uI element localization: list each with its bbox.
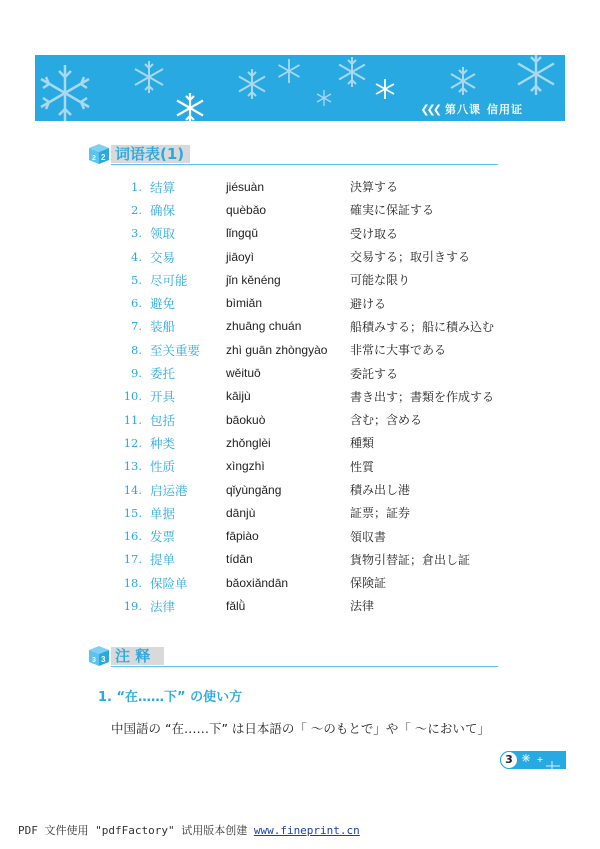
pinyin: zhǒnglèi — [226, 436, 350, 450]
lesson-label: ❮❮❮ 第八课 信用证 — [420, 101, 523, 117]
chinese-word: 避免 — [142, 294, 226, 312]
item-number: 5. — [112, 273, 142, 287]
vocab-item: 16.发票fāpiào領収書 — [112, 524, 512, 547]
chapter-header-band: ❮❮❮ 第八课 信用证 — [35, 55, 565, 121]
vocab-item: 17.提单tídān貨物引替証；倉出し証 — [112, 548, 512, 571]
chinese-word: 交易 — [142, 248, 226, 266]
vocab-item: 10.开具kāijù書き出す；書類を作成する — [112, 385, 512, 408]
pinyin: zhuāng chuán — [226, 319, 350, 333]
chinese-word: 种类 — [142, 434, 226, 452]
snowflake-icon — [373, 77, 397, 101]
item-number: 7. — [112, 319, 142, 333]
japanese-meaning: 非常に大事である — [350, 341, 446, 358]
pinyin: jiésuàn — [226, 180, 350, 194]
japanese-meaning: 書き出す；書類を作成する — [350, 388, 494, 405]
watermark-text: PDF 文件使用 "pdfFactory" 试用版本创建 — [18, 824, 254, 837]
japanese-meaning: 領収書 — [350, 528, 386, 545]
pinyin: bāokuò — [226, 413, 350, 427]
item-number: 3. — [112, 226, 142, 240]
chinese-word: 性质 — [142, 457, 226, 475]
japanese-meaning: 船積みする；船に積み込む — [350, 318, 494, 335]
pinyin: jǐn kěnéng — [226, 273, 350, 287]
japanese-meaning: 種類 — [350, 434, 374, 451]
svg-text:2: 2 — [92, 155, 96, 162]
section-divider — [111, 666, 498, 667]
japanese-meaning: 受け取る — [350, 225, 398, 242]
pinyin: qǐyùngǎng — [226, 483, 350, 497]
item-number: 16. — [112, 529, 142, 543]
item-number: 17. — [112, 552, 142, 566]
snowflake-icon — [35, 63, 95, 121]
page-number-tab: 3 — [500, 751, 566, 769]
item-number: 4. — [112, 250, 142, 264]
japanese-meaning: 証票；証券 — [350, 504, 410, 521]
snowflake-icon — [173, 91, 207, 121]
chinese-word: 装船 — [142, 317, 226, 335]
vocab-item: 2.确保quèbǎo確実に保証する — [112, 198, 512, 221]
vocab-item: 6.避免bìmiǎn避ける — [112, 291, 512, 314]
pinyin: tídān — [226, 552, 350, 566]
chinese-word: 领取 — [142, 224, 226, 242]
pinyin: dānjù — [226, 506, 350, 520]
cube-badge-icon: 2 2 — [88, 143, 110, 165]
fineprint-link[interactable]: www.fineprint.cn — [254, 824, 360, 837]
japanese-meaning: 性質 — [350, 458, 374, 475]
item-number: 12. — [112, 436, 142, 450]
pinyin: lǐngqǔ — [226, 226, 350, 240]
snowflake-icon — [131, 59, 167, 95]
vocab-item: 7.装船zhuāng chuán船積みする；船に積み込む — [112, 315, 512, 338]
cube-badge-icon: 3 3 — [88, 645, 110, 667]
item-number: 18. — [112, 576, 142, 590]
chinese-word: 包括 — [142, 411, 226, 429]
vocab-section-heading: 2 2 词语表(1) — [88, 143, 498, 165]
chinese-word: 结算 — [142, 178, 226, 196]
chinese-word: 确保 — [142, 201, 226, 219]
japanese-meaning: 法律 — [350, 597, 374, 614]
lesson-title: 信用证 — [487, 101, 523, 117]
japanese-meaning: 可能な限り — [350, 271, 410, 288]
pinyin: wěituō — [226, 366, 350, 380]
item-number: 15. — [112, 506, 142, 520]
svg-text:2: 2 — [101, 153, 106, 162]
item-number: 8. — [112, 343, 142, 357]
svg-text:3: 3 — [92, 657, 96, 664]
pinyin: xìngzhì — [226, 459, 350, 473]
japanese-meaning: 含む；含める — [350, 411, 422, 428]
chinese-word: 保险单 — [142, 574, 226, 592]
snowflake-icon — [275, 57, 303, 85]
snowflake-icon — [335, 55, 369, 89]
chinese-word: 单据 — [142, 504, 226, 522]
note-heading: 1. “在……下” の使い方 — [98, 686, 242, 705]
pinyin: fǎlǜ — [226, 599, 350, 613]
chinese-word: 法律 — [142, 597, 226, 615]
japanese-meaning: 確実に保証する — [350, 201, 434, 218]
pinyin: fāpiào — [226, 529, 350, 543]
pinyin: bǎoxiǎndān — [226, 576, 350, 590]
vocab-item: 18.保险单bǎoxiǎndān保険証 — [112, 571, 512, 594]
vocab-item: 13.性质xìngzhì性質 — [112, 455, 512, 478]
pinyin: jiāoyì — [226, 250, 350, 264]
vocab-item: 15.单据dānjù証票；証券 — [112, 501, 512, 524]
japanese-meaning: 決算する — [350, 178, 398, 195]
pinyin: quèbǎo — [226, 203, 350, 217]
japanese-meaning: 積み出し港 — [350, 481, 410, 498]
section-divider — [111, 164, 498, 165]
vocab-item: 12.种类zhǒnglèi種類 — [112, 431, 512, 454]
notes-section-heading: 3 3 注 释 — [88, 645, 498, 667]
snowflake-icon — [447, 65, 479, 97]
pinyin: kāijù — [226, 389, 350, 403]
section-title: 注 释 — [111, 647, 164, 665]
item-number: 14. — [112, 483, 142, 497]
chinese-word: 发票 — [142, 527, 226, 545]
item-number: 1. — [112, 180, 142, 194]
pinyin: zhì guān zhòngyào — [226, 343, 350, 357]
vocab-item: 14.启运港qǐyùngǎng積み出し港 — [112, 478, 512, 501]
item-number: 11. — [112, 413, 142, 427]
vocab-list: 1.结算jiésuàn決算する 2.确保quèbǎo確実に保証する 3.领取lǐ… — [112, 175, 512, 618]
vocab-item: 19.法律fǎlǜ法律 — [112, 594, 512, 617]
vocab-item: 4.交易jiāoyì交易する；取引きする — [112, 245, 512, 268]
japanese-meaning: 委託する — [350, 365, 398, 382]
chinese-word: 启运港 — [142, 481, 226, 499]
chinese-word: 提单 — [142, 550, 226, 568]
sparkle-icon — [522, 753, 562, 769]
vocab-item: 5.尽可能jǐn kěnéng可能な限り — [112, 268, 512, 291]
section-title: 词语表(1) — [111, 145, 190, 163]
japanese-meaning: 交易する；取引きする — [350, 248, 470, 265]
triple-chevron-left-icon: ❮❮❮ — [420, 103, 439, 116]
chinese-word: 至关重要 — [142, 341, 226, 359]
vocab-item: 3.领取lǐngqǔ受け取る — [112, 222, 512, 245]
vocab-item: 11.包括bāokuò含む；含める — [112, 408, 512, 431]
japanese-meaning: 保険証 — [350, 574, 386, 591]
vocab-item: 8.至关重要zhì guān zhòngyào非常に大事である — [112, 338, 512, 361]
pdf-watermark: PDF 文件使用 "pdfFactory" 试用版本创建 www.finepri… — [18, 822, 360, 838]
note-paragraph: 中国語の “在……下” は日本語の「 ～のもとで」や「 ～において」 — [111, 719, 490, 737]
vocab-item: 1.结算jiésuàn決算する — [112, 175, 512, 198]
snowflake-icon — [235, 67, 269, 101]
japanese-meaning: 避ける — [350, 295, 386, 312]
page-number: 3 — [500, 751, 518, 769]
item-number: 9. — [112, 366, 142, 380]
pinyin: bìmiǎn — [226, 296, 350, 310]
chinese-word: 尽可能 — [142, 271, 226, 289]
chinese-word: 开具 — [142, 387, 226, 405]
snowflake-icon — [315, 89, 333, 107]
item-number: 2. — [112, 203, 142, 217]
snowflake-icon — [513, 55, 559, 97]
item-number: 6. — [112, 296, 142, 310]
chinese-word: 委托 — [142, 364, 226, 382]
vocab-item: 9.委托wěituō委託する — [112, 361, 512, 384]
svg-text:3: 3 — [101, 655, 106, 664]
item-number: 19. — [112, 599, 142, 613]
item-number: 10. — [112, 389, 142, 403]
japanese-meaning: 貨物引替証；倉出し証 — [350, 551, 470, 568]
item-number: 13. — [112, 459, 142, 473]
lesson-number: 第八课 — [445, 101, 481, 117]
